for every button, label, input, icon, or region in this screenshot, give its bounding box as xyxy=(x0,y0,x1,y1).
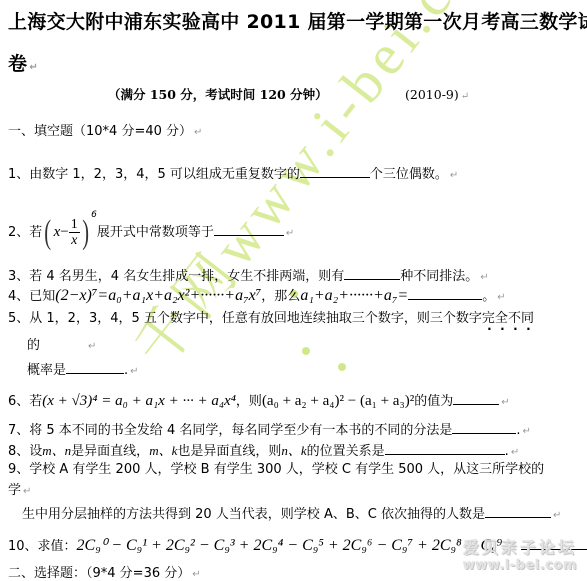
question-text: 10、求值： xyxy=(8,539,77,554)
paragraph-mark-icon: ↵ xyxy=(194,127,202,138)
answer-blank[interactable] xyxy=(344,266,400,280)
question-5-line2: 的↵ xyxy=(27,338,96,355)
paragraph-mark-icon: ↵ xyxy=(450,170,458,181)
question-7: 7、将 5 本不同的书全发给 4 名同学，每名同学至少有一本书的不同的分法是.↵ xyxy=(8,420,531,440)
left-paren: ( xyxy=(45,213,52,253)
answer-blank[interactable] xyxy=(66,360,124,374)
paragraph-mark-icon: ↵ xyxy=(286,228,294,239)
math-vars: m、k xyxy=(149,443,177,458)
paragraph-mark-icon: ↵ xyxy=(511,447,519,458)
question-text: 6、若 xyxy=(8,394,42,409)
emphasized-char: 不 xyxy=(508,311,521,326)
question-text: ，那么 xyxy=(261,289,300,304)
watermark-dot xyxy=(338,363,346,371)
math-vars: m、n xyxy=(42,443,71,458)
doc-title-line1: 上海交大附中浦东实验高中 2011 届第一学期第一次月考高三数学试 xyxy=(8,10,587,34)
question-text-suffix: . xyxy=(516,423,520,438)
paragraph-mark-icon: ↵ xyxy=(23,486,31,497)
math-expression: a₁+a₂+······+a₇= xyxy=(300,287,408,304)
right-paren: ) xyxy=(82,213,89,253)
question-5-line3: 概率是.↵ xyxy=(27,360,139,380)
question-6: 6、若(x + √3)⁴ = a₀ + a₁x + ··· + a₄x⁴，则(a… xyxy=(8,390,510,414)
question-text: 也是异面直线，则 xyxy=(177,444,281,459)
math-expression: 2C₉⁰ − C₉¹ + 2C₉² − C₉³ + 2C₉⁴ − C₉⁵ + 2… xyxy=(77,537,518,554)
score-time-info: （满分 150 分，考试时间 120 分钟） xyxy=(108,87,328,102)
paragraph-mark-icon: ↵ xyxy=(497,292,505,303)
emphasized-char: 全 xyxy=(495,311,508,326)
question-text: 4、已知 xyxy=(8,289,55,304)
question-text-suffix: 。 xyxy=(482,289,495,304)
paragraph-mark-icon: ↵ xyxy=(501,397,509,408)
math-expression: (x + √3)⁴ = a₀ + a₁x + ··· + a₄x⁴ xyxy=(42,393,236,409)
doc-title-tail: 卷 xyxy=(8,53,27,75)
exam-date-line: (2010-9)↵ xyxy=(405,87,469,105)
answer-blank[interactable] xyxy=(214,222,284,236)
question-10: 10、求值：2C₉⁰ − C₉¹ + 2C₉² − C₉³ + 2C₉⁴ − C… xyxy=(8,536,587,558)
question-text: 的位置关系是 xyxy=(307,444,385,459)
question-text: 7、将 5 本不同的书全发给 4 名同学，每名同学至少有一本书的不同的分法是 xyxy=(8,423,452,438)
paragraph-mark-icon: ↵ xyxy=(88,341,96,352)
section-title: 一、填空题（10*4 分=40 分） xyxy=(8,124,192,139)
question-text-suffix: 种不同排法。 xyxy=(400,269,478,284)
question-3: 3、若 4 名男生，4 名女生排成一排，女生不排两端，则有种不同排法。↵ xyxy=(8,266,489,286)
answer-blank[interactable] xyxy=(408,286,482,300)
question-text: 概率是 xyxy=(27,363,66,378)
question-4: 4、已知(2−x)⁷=a₀+a₁x+a₂x²+······+a₇x⁷，那么a₁+… xyxy=(8,286,506,308)
question-text: 学 xyxy=(8,483,21,498)
question-text: 2、若 xyxy=(8,225,42,240)
exam-page: 千网www.i-bei.com 上海交大附中浦东实验高中 2011 届第一学期第… xyxy=(0,0,587,581)
question-text: 是异面直线， xyxy=(71,444,149,459)
answer-blank[interactable] xyxy=(485,504,551,518)
question-2: 2、若(x−1x)6展开式中常数项等于↵ xyxy=(8,212,294,252)
exam-date: (2010-9) xyxy=(405,87,459,102)
question-text: 3、若 4 名男生，4 名女生排成一排，女生不排两端，则有 xyxy=(8,269,344,284)
question-text: 1、由数字 1，2，3，4，5 可以组成无重复数字的 xyxy=(8,167,300,182)
question-9-line2: 学↵ xyxy=(8,483,31,500)
paragraph-mark-icon: ↵ xyxy=(130,366,138,377)
answer-blank[interactable] xyxy=(385,441,505,455)
question-1: 1、由数字 1，2，3，4，5 可以组成无重复数字的个三位偶数。↵ xyxy=(8,164,458,184)
fraction: 1x xyxy=(69,217,80,248)
question-9-line3: 生中用分层抽样的方法共得到 20 人当代表，则学校 A、B、C 依次抽得的人数是… xyxy=(22,504,561,524)
paragraph-mark-icon: ↵ xyxy=(192,569,200,580)
exponent: 6 xyxy=(91,210,97,220)
math-expression: (2−x)⁷=a₀+a₁x+a₂x²+······+a₇x⁷ xyxy=(55,287,261,304)
question-text: 9、学校 A 有学生 200 人，学校 B 有学生 300 人，学校 C 有学生… xyxy=(8,462,544,477)
question-text: 8、设 xyxy=(8,444,42,459)
answer-blank[interactable] xyxy=(300,164,370,178)
math-vars: n、k xyxy=(281,443,306,458)
section-heading-fill-in: 一、填空题（10*4 分=40 分）↵ xyxy=(8,124,202,141)
paragraph-mark-icon: ↵ xyxy=(480,272,488,283)
math-op: − xyxy=(60,224,68,240)
question-text-suffix: 的值为 xyxy=(414,394,453,409)
question-text-suffix: . xyxy=(505,444,509,459)
question-text-suffix: 个三位偶数。 xyxy=(370,167,448,182)
question-8: 8、设m、n是异面直线，m、k也是异面直线，则n、k的位置关系是.↵ xyxy=(8,441,519,461)
question-text: ，则 xyxy=(236,394,262,409)
numerator: 1 xyxy=(69,217,80,233)
paragraph-mark-icon: ↵ xyxy=(522,426,530,437)
question-text: 5、从 1，2，3，4，5 五个数字中，任意有放回地连续抽取三个数字，则三个数字 xyxy=(8,311,482,326)
paragraph-mark-icon: ↵ xyxy=(461,91,469,102)
denominator: x xyxy=(69,233,80,248)
watermark-url: www.i-bei.com xyxy=(463,558,577,573)
answer-blank[interactable] xyxy=(453,391,499,405)
question-text: 的 xyxy=(27,338,40,353)
question-text: 生中用分层抽样的方法共得到 20 人当代表，则学校 A、B、C 依次抽得的人数是 xyxy=(22,507,485,522)
exam-meta: （满分 150 分，考试时间 120 分钟） xyxy=(108,87,328,103)
paragraph-mark-icon: ↵ xyxy=(29,62,38,73)
emphasized-char: 同 xyxy=(521,311,534,326)
question-text-suffix: . xyxy=(124,363,128,378)
emphasized-char: 完 xyxy=(482,311,495,326)
question-5-line1: 5、从 1，2，3，4，5 五个数字中，任意有放回地连续抽取三个数字，则三个数字… xyxy=(8,311,534,327)
question-9-line1: 9、学校 A 有学生 200 人，学校 B 有学生 300 人，学校 C 有学生… xyxy=(8,462,544,478)
answer-blank[interactable] xyxy=(452,420,516,434)
section-title: 二、选择题：（9*4 分=36 分） xyxy=(8,566,190,581)
question-text-suffix: 展开式中常数项等于 xyxy=(97,225,214,240)
watermark-dot xyxy=(302,347,310,355)
section-heading-choice: 二、选择题：（9*4 分=36 分）↵ xyxy=(8,566,201,581)
paragraph-mark-icon: ↵ xyxy=(553,510,561,521)
doc-title-line2: 卷↵ xyxy=(8,52,38,80)
math-expression: (a₀ + a₂ + a₄)² − (a₁ + a₃)² xyxy=(262,393,414,409)
answer-blank[interactable] xyxy=(521,536,587,550)
